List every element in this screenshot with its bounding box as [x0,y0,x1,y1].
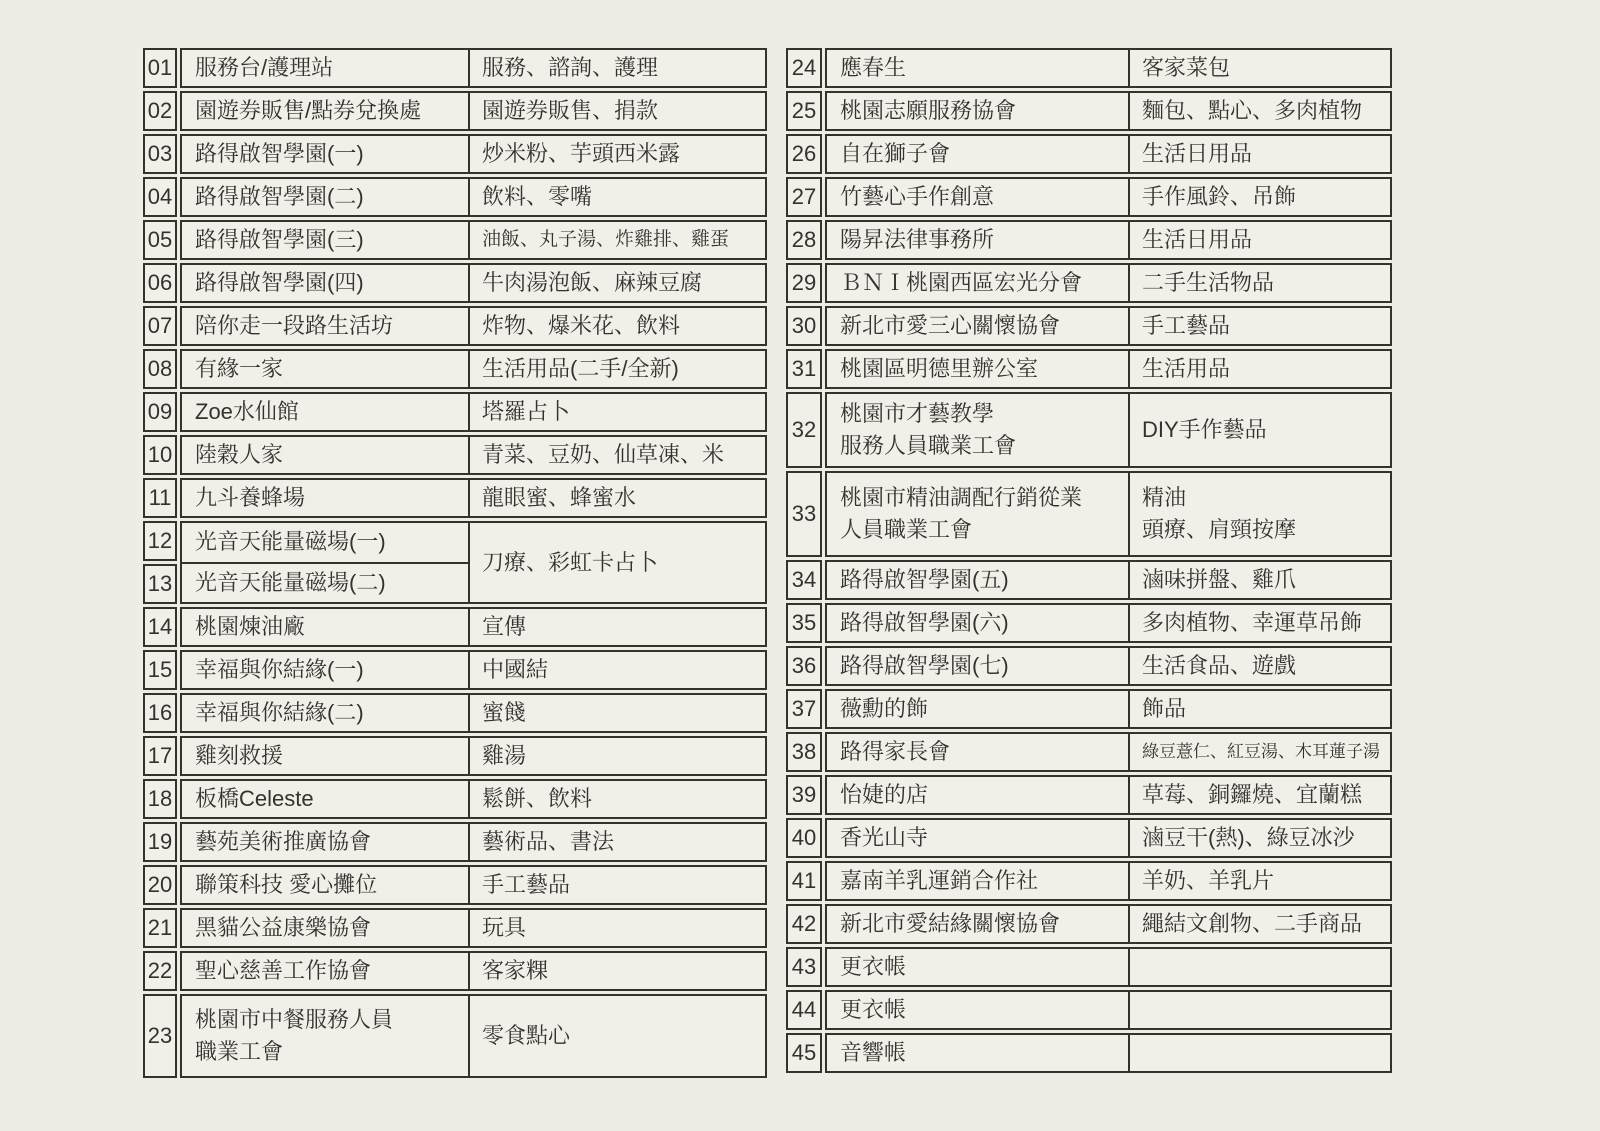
booth-items: 羊奶、羊乳片 [1128,863,1390,899]
booth-row-body: ＢＮＩ桃園西區宏光分會二手生活物品 [825,263,1392,303]
table-row: 24應春生客家菜包 [786,48,1392,88]
booth-items: 鬆餅、飲料 [468,781,765,817]
table-row: 29ＢＮＩ桃園西區宏光分會二手生活物品 [786,263,1392,303]
booth-number: 16 [143,693,177,733]
booth-items: 滷豆干(熱)、綠豆冰沙 [1128,820,1390,856]
table-row: 35路得啟智學園(六)多肉植物、幸運草吊飾 [786,603,1392,643]
booth-items: 綠豆薏仁、紅豆湯、木耳蓮子湯 [1128,734,1390,770]
booth-name: 黑貓公益康樂協會 [182,910,468,946]
booth-number: 43 [786,947,822,987]
booth-row-body: 九斗養蜂場龍眼蜜、蜂蜜水 [180,478,767,518]
table-row: 16幸福與你結緣(二)蜜餞 [143,693,767,733]
booth-items: 手工藝品 [468,867,765,903]
booth-items: 客家菜包 [1128,50,1390,86]
booth-number: 14 [143,607,177,647]
booth-row-body: 香光山寺滷豆干(熱)、綠豆冰沙 [825,818,1392,858]
booth-items: 龍眼蜜、蜂蜜水 [468,480,765,516]
table-row: 03路得啟智學園(一)炒米粉、芋頭西米露 [143,134,767,174]
table-row: 30新北市愛三心關懷協會手工藝品 [786,306,1392,346]
booth-row-body: 路得啟智學園(七)生活食品、遊戲 [825,646,1392,686]
booth-name: Zoe水仙館 [182,394,468,430]
booth-row-body: 桃園區明德里辦公室生活用品 [825,349,1392,389]
booth-row-body: 竹藝心手作創意手作風鈴、吊飾 [825,177,1392,217]
booth-name: 雞刻救援 [182,738,468,774]
booth-items: DIY手作藝品 [1128,394,1390,466]
booth-number: 29 [786,263,822,303]
booth-name: 路得啟智學園(五) [827,562,1128,598]
table-row: 22聖心慈善工作協會客家粿 [143,951,767,991]
booth-name: 藝苑美術推廣協會 [182,824,468,860]
booth-row-body: Zoe水仙館塔羅占卜 [180,392,767,432]
booth-name: 光音天能量磁場(二) [182,562,468,603]
booth-number: 24 [786,48,822,88]
booth-number: 19 [143,822,177,862]
booth-number: 11 [143,478,177,518]
booth-row-body: 路得家長會綠豆薏仁、紅豆湯、木耳蓮子湯 [825,732,1392,772]
booth-number: 04 [143,177,177,217]
booth-row-body: 聖心慈善工作協會客家粿 [180,951,767,991]
booth-number: 03 [143,134,177,174]
booth-row-body: 幸福與你結緣(一)中國結 [180,650,767,690]
booth-number: 34 [786,560,822,600]
booth-row-body: 路得啟智學園(六)多肉植物、幸運草吊飾 [825,603,1392,643]
booth-items: 手作風鈴、吊飾 [1128,179,1390,215]
left-table: 01服務台/護理站服務、諮詢、護理 02園遊券販售/點券兌換處園遊券販售、捐款 … [143,48,767,1078]
booth-row-body: 路得啟智學園(一)炒米粉、芋頭西米露 [180,134,767,174]
table-row: 23桃園市中餐服務人員 職業工會零食點心 [143,994,767,1078]
booth-name: 陸穀人家 [182,437,468,473]
booth-number: 07 [143,306,177,346]
booth-row-body: 怡婕的店草莓、銅鑼燒、宜蘭糕 [825,775,1392,815]
booth-row-body: 黑貓公益康樂協會玩具 [180,908,767,948]
booth-name: 薇勳的飾 [827,691,1128,727]
table-row: 34路得啟智學園(五)滷味拼盤、雞爪 [786,560,1392,600]
booth-items: 炸物、爆米花、飲料 [468,308,765,344]
table-row: 05路得啟智學園(三)油飯、丸子湯、炸雞排、雞蛋 [143,220,767,260]
booth-number: 39 [786,775,822,815]
booth-row-body: 桃園志願服務協會麵包、點心、多肉植物 [825,91,1392,131]
booth-number: 36 [786,646,822,686]
booth-number: 05 [143,220,177,260]
booth-number: 20 [143,865,177,905]
booth-items: 蜜餞 [468,695,765,731]
booth-row-body: 板橋Celeste鬆餅、飲料 [180,779,767,819]
booth-items: 多肉植物、幸運草吊飾 [1128,605,1390,641]
booth-name: 聯策科技 愛心攤位 [182,867,468,903]
table-row: 17雞刻救援雞湯 [143,736,767,776]
booth-name: 竹藝心手作創意 [827,179,1128,215]
booth-items: 中國結 [468,652,765,688]
booth-number: 35 [786,603,822,643]
booth-row-body: 路得啟智學園(五)滷味拼盤、雞爪 [825,560,1392,600]
booth-row-body: 園遊券販售/點券兌換處園遊券販售、捐款 [180,91,767,131]
booth-row-body: 有緣一家生活用品(二手/全新) [180,349,767,389]
table-row: 08有緣一家生活用品(二手/全新) [143,349,767,389]
booth-name: 服務台/護理站 [182,50,468,86]
booth-row-body: 更衣帳 [825,990,1392,1030]
booth-row-body: 陽昇法律事務所生活日用品 [825,220,1392,260]
table-row: 02園遊券販售/點券兌換處園遊券販售、捐款 [143,91,767,131]
booth-items: 生活用品(二手/全新) [468,351,765,387]
booth-row-body: 新北市愛結緣關懷協會繩結文創物、二手商品 [825,904,1392,944]
booth-name: 路得啟智學園(六) [827,605,1128,641]
booth-number: 30 [786,306,822,346]
booth-number: 01 [143,48,177,88]
booth-name: 路得啟智學園(四) [182,265,468,301]
table-row: 42新北市愛結緣關懷協會繩結文創物、二手商品 [786,904,1392,944]
booth-name: 自在獅子會 [827,136,1128,172]
booth-row-body: 應春生客家菜包 [825,48,1392,88]
booth-number: 25 [786,91,822,131]
booth-items: 滷味拼盤、雞爪 [1128,562,1390,598]
booth-row-body: 光音天能量磁場(一) 光音天能量磁場(二) 刀療、彩虹卡占卜 [180,521,767,604]
table-row: 04路得啟智學園(二)飲料、零嘴 [143,177,767,217]
booth-number: 38 [786,732,822,772]
booth-number: 23 [143,994,177,1078]
booth-number: 37 [786,689,822,729]
booth-row-body: 陪你走一段路生活坊炸物、爆米花、飲料 [180,306,767,346]
booth-row-body: 桃園市才藝教學 服務人員職業工會DIY手作藝品 [825,392,1392,468]
booth-items: 零食點心 [468,996,765,1076]
booth-name: 幸福與你結緣(二) [182,695,468,731]
booth-items: 油飯、丸子湯、炸雞排、雞蛋 [468,222,765,258]
booth-row-body: 桃園市中餐服務人員 職業工會零食點心 [180,994,767,1078]
booth-items: 二手生活物品 [1128,265,1390,301]
booth-number: 42 [786,904,822,944]
booth-items: 藝術品、書法 [468,824,765,860]
booth-name: 幸福與你結緣(一) [182,652,468,688]
booth-row-body: 自在獅子會生活日用品 [825,134,1392,174]
booth-name: 應春生 [827,50,1128,86]
booth-name: 九斗養蜂場 [182,480,468,516]
table-row: 28陽昇法律事務所生活日用品 [786,220,1392,260]
booth-items: 刀療、彩虹卡占卜 [468,523,765,602]
booth-items [1128,949,1390,985]
booth-number: 02 [143,91,177,131]
booth-name: 板橋Celeste [182,781,468,817]
table-row: 25桃園志願服務協會麵包、點心、多肉植物 [786,91,1392,131]
table-row: 21黑貓公益康樂協會玩具 [143,908,767,948]
table-row: 27竹藝心手作創意手作風鈴、吊飾 [786,177,1392,217]
booth-number: 44 [786,990,822,1030]
booth-number: 18 [143,779,177,819]
booth-items: 服務、諮詢、護理 [468,50,765,86]
booth-number: 09 [143,392,177,432]
table-row: 41嘉南羊乳運銷合作社羊奶、羊乳片 [786,861,1392,901]
booth-name: 怡婕的店 [827,777,1128,813]
booth-name: 路得啟智學園(一) [182,136,468,172]
booth-name: 新北市愛結緣關懷協會 [827,906,1128,942]
table-row: 19藝苑美術推廣協會藝術品、書法 [143,822,767,862]
booth-number: 21 [143,908,177,948]
booth-items: 生活食品、遊戲 [1128,648,1390,684]
booth-name-stack: 光音天能量磁場(一) 光音天能量磁場(二) [182,523,468,602]
table-row: 45音響帳 [786,1033,1392,1073]
table-row: 01服務台/護理站服務、諮詢、護理 [143,48,767,88]
booth-number: 31 [786,349,822,389]
booth-number: 08 [143,349,177,389]
booth-number: 06 [143,263,177,303]
booth-row-body: 更衣帳 [825,947,1392,987]
table-row: 11九斗養蜂場龍眼蜜、蜂蜜水 [143,478,767,518]
table-row: 31桃園區明德里辦公室生活用品 [786,349,1392,389]
booth-items: 生活日用品 [1128,222,1390,258]
table-row: 40香光山寺滷豆干(熱)、綠豆冰沙 [786,818,1392,858]
booth-number: 26 [786,134,822,174]
booth-number: 15 [143,650,177,690]
booth-items: 客家粿 [468,953,765,989]
booth-row-body: 聯策科技 愛心攤位手工藝品 [180,865,767,905]
booth-name: 園遊券販售/點券兌換處 [182,93,468,129]
booth-items: 園遊券販售、捐款 [468,93,765,129]
booth-name: 嘉南羊乳運銷合作社 [827,863,1128,899]
table-row: 37薇勳的飾飾品 [786,689,1392,729]
booth-name: 聖心慈善工作協會 [182,953,468,989]
table-row: 38路得家長會綠豆薏仁、紅豆湯、木耳蓮子湯 [786,732,1392,772]
booth-number: 10 [143,435,177,475]
booth-name: 桃園志願服務協會 [827,93,1128,129]
booth-items: 繩結文創物、二手商品 [1128,906,1390,942]
table-row: 39怡婕的店草莓、銅鑼燒、宜蘭糕 [786,775,1392,815]
booth-number: 13 [143,564,177,604]
booth-row-body: 音響帳 [825,1033,1392,1073]
table-row: 26自在獅子會生活日用品 [786,134,1392,174]
booth-items: 飲料、零嘴 [468,179,765,215]
booth-name: 桃園市精油調配行銷從業 人員職業工會 [827,473,1128,555]
booth-name: 陪你走一段路生活坊 [182,308,468,344]
booth-items [1128,1035,1390,1071]
table-row: 36路得啟智學園(七)生活食品、遊戲 [786,646,1392,686]
booth-number: 40 [786,818,822,858]
booth-items: 宣傳 [468,609,765,645]
booth-row-body: 雞刻救援雞湯 [180,736,767,776]
booth-items: 草莓、銅鑼燒、宜蘭糕 [1128,777,1390,813]
booth-items: 雞湯 [468,738,765,774]
booth-row-body: 桃園煉油廠宣傳 [180,607,767,647]
booth-name: 音響帳 [827,1035,1128,1071]
table-row: 14桃園煉油廠宣傳 [143,607,767,647]
table-row: 18板橋Celeste鬆餅、飲料 [143,779,767,819]
booth-row-body: 藝苑美術推廣協會藝術品、書法 [180,822,767,862]
booth-number: 32 [786,392,822,468]
table-row: 07陪你走一段路生活坊炸物、爆米花、飲料 [143,306,767,346]
table-row-merged-12-13: 12 13 光音天能量磁場(一) 光音天能量磁場(二) 刀療、彩虹卡占卜 [143,521,767,604]
table-row: 44更衣帳 [786,990,1392,1030]
booth-number: 12 [143,521,177,561]
booth-items: 塔羅占卜 [468,394,765,430]
booth-items: 牛肉湯泡飯、麻辣豆腐 [468,265,765,301]
booth-row-body: 薇勳的飾飾品 [825,689,1392,729]
booth-number: 22 [143,951,177,991]
booth-row-body: 路得啟智學園(四)牛肉湯泡飯、麻辣豆腐 [180,263,767,303]
booth-number: 28 [786,220,822,260]
booth-name: 桃園市中餐服務人員 職業工會 [182,996,468,1076]
booth-items: 飾品 [1128,691,1390,727]
booth-name: ＢＮＩ桃園西區宏光分會 [827,265,1128,301]
booth-name: 桃園市才藝教學 服務人員職業工會 [827,394,1128,466]
booth-name: 更衣帳 [827,992,1128,1028]
table-row: 10陸穀人家青菜、豆奶、仙草凍、米 [143,435,767,475]
booth-number: 41 [786,861,822,901]
booth-name: 路得啟智學園(二) [182,179,468,215]
booth-row-body: 路得啟智學園(二)飲料、零嘴 [180,177,767,217]
booth-row-body: 服務台/護理站服務、諮詢、護理 [180,48,767,88]
table-row: 06路得啟智學園(四)牛肉湯泡飯、麻辣豆腐 [143,263,767,303]
booth-row-body: 嘉南羊乳運銷合作社羊奶、羊乳片 [825,861,1392,901]
table-row: 32桃園市才藝教學 服務人員職業工會DIY手作藝品 [786,392,1392,468]
booth-number: 45 [786,1033,822,1073]
booth-name: 新北市愛三心關懷協會 [827,308,1128,344]
booth-name: 更衣帳 [827,949,1128,985]
booth-items [1128,992,1390,1028]
booth-name: 香光山寺 [827,820,1128,856]
booth-name: 有緣一家 [182,351,468,387]
booth-name: 路得啟智學園(三) [182,222,468,258]
booth-name: 桃園煉油廠 [182,609,468,645]
booth-items: 麵包、點心、多肉植物 [1128,93,1390,129]
booth-items: 炒米粉、芋頭西米露 [468,136,765,172]
booth-name: 光音天能量磁場(一) [182,523,468,562]
booth-items: 精油 頭療、肩頸按摩 [1128,473,1390,555]
booth-number-stack: 12 13 [143,521,177,604]
booth-name: 陽昇法律事務所 [827,222,1128,258]
booth-row-body: 幸福與你結緣(二)蜜餞 [180,693,767,733]
booth-name: 路得家長會 [827,734,1128,770]
booth-row-body: 桃園市精油調配行銷從業 人員職業工會精油 頭療、肩頸按摩 [825,471,1392,557]
right-table: 24應春生客家菜包 25桃園志願服務協會麵包、點心、多肉植物 26自在獅子會生活… [786,48,1392,1073]
booth-row-body: 路得啟智學園(三)油飯、丸子湯、炸雞排、雞蛋 [180,220,767,260]
table-row: 15幸福與你結緣(一)中國結 [143,650,767,690]
booth-number: 27 [786,177,822,217]
booth-items: 青菜、豆奶、仙草凍、米 [468,437,765,473]
booth-items: 手工藝品 [1128,308,1390,344]
booth-number: 33 [786,471,822,557]
table-row: 09Zoe水仙館塔羅占卜 [143,392,767,432]
table-row: 20聯策科技 愛心攤位手工藝品 [143,865,767,905]
table-row: 33桃園市精油調配行銷從業 人員職業工會精油 頭療、肩頸按摩 [786,471,1392,557]
booth-items: 生活日用品 [1128,136,1390,172]
booth-name: 路得啟智學園(七) [827,648,1128,684]
booth-items: 玩具 [468,910,765,946]
booth-number: 17 [143,736,177,776]
booth-row-body: 陸穀人家青菜、豆奶、仙草凍、米 [180,435,767,475]
table-row: 43更衣帳 [786,947,1392,987]
booth-row-body: 新北市愛三心關懷協會手工藝品 [825,306,1392,346]
booth-items: 生活用品 [1128,351,1390,387]
booth-name: 桃園區明德里辦公室 [827,351,1128,387]
